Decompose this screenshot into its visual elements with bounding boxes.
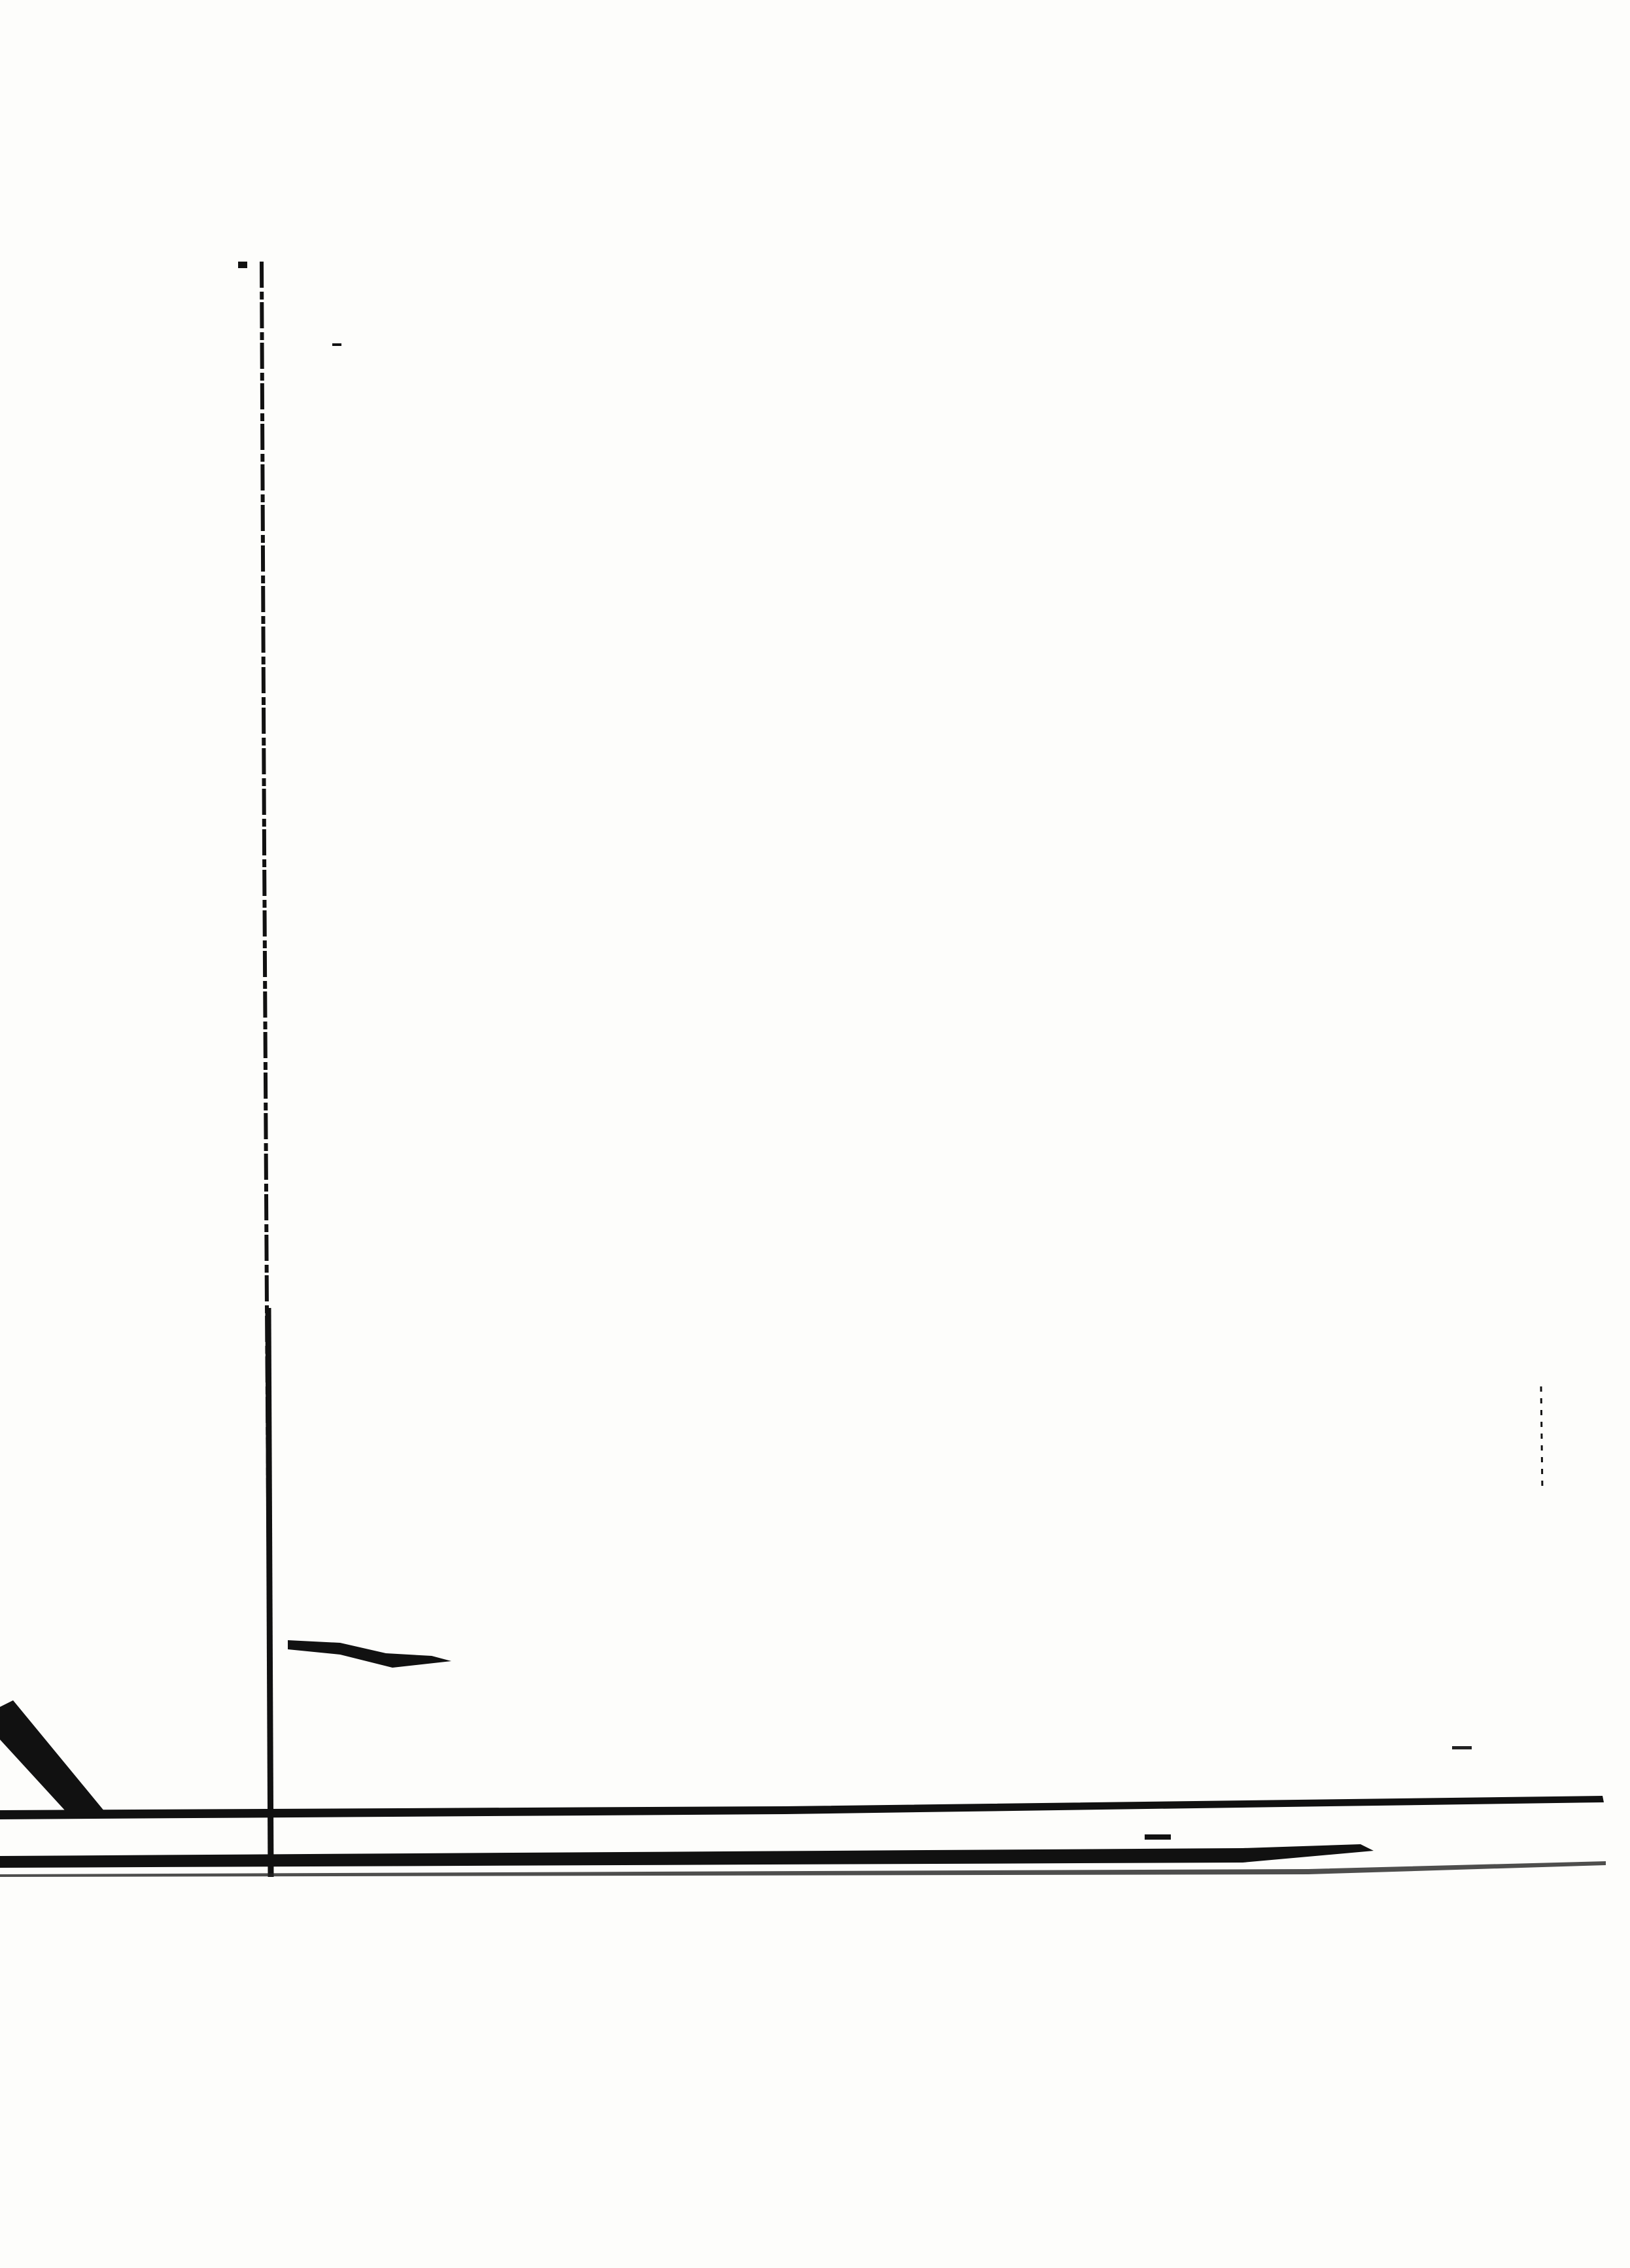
ink-horizontal-band-lower [0, 1844, 1374, 1868]
ink-flag-mark [288, 1640, 451, 1668]
ink-dash-right [1541, 1386, 1542, 1491]
ink-speck [332, 343, 341, 346]
ink-speck [1452, 1746, 1472, 1749]
ink-horizontal-band-upper [0, 1796, 1604, 1819]
ink-speck [238, 262, 247, 268]
vertical-ink-line-lower [268, 1308, 271, 1877]
ink-speck [1145, 1834, 1171, 1840]
ink-diagonal-stroke [0, 1700, 105, 1818]
ink-artwork [0, 0, 1630, 2268]
